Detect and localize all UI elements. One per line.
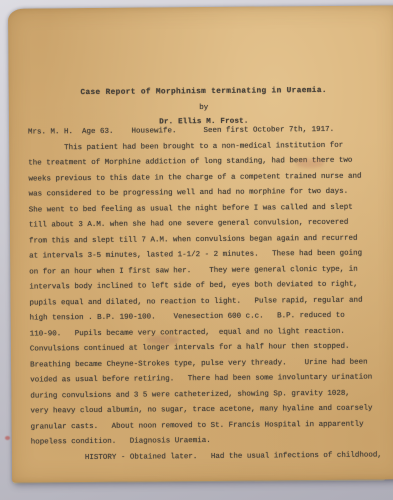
document-title: Case Report of Morphinism terminating in… bbox=[9, 86, 393, 97]
document-page: Case Report of Morphinism terminating in… bbox=[8, 5, 393, 482]
document-body: Mrs. M. H. Age 63. Housewife. Seen first… bbox=[28, 122, 391, 466]
document-byline: by bbox=[9, 102, 393, 113]
body-line: granular casts. About noon removed to St… bbox=[31, 417, 391, 436]
scanner-bed: Case Report of Morphinism terminating in… bbox=[0, 0, 393, 500]
red-ink-speck bbox=[5, 436, 10, 440]
body-line: HISTORY - Obtained later. Had the usual … bbox=[31, 448, 391, 467]
